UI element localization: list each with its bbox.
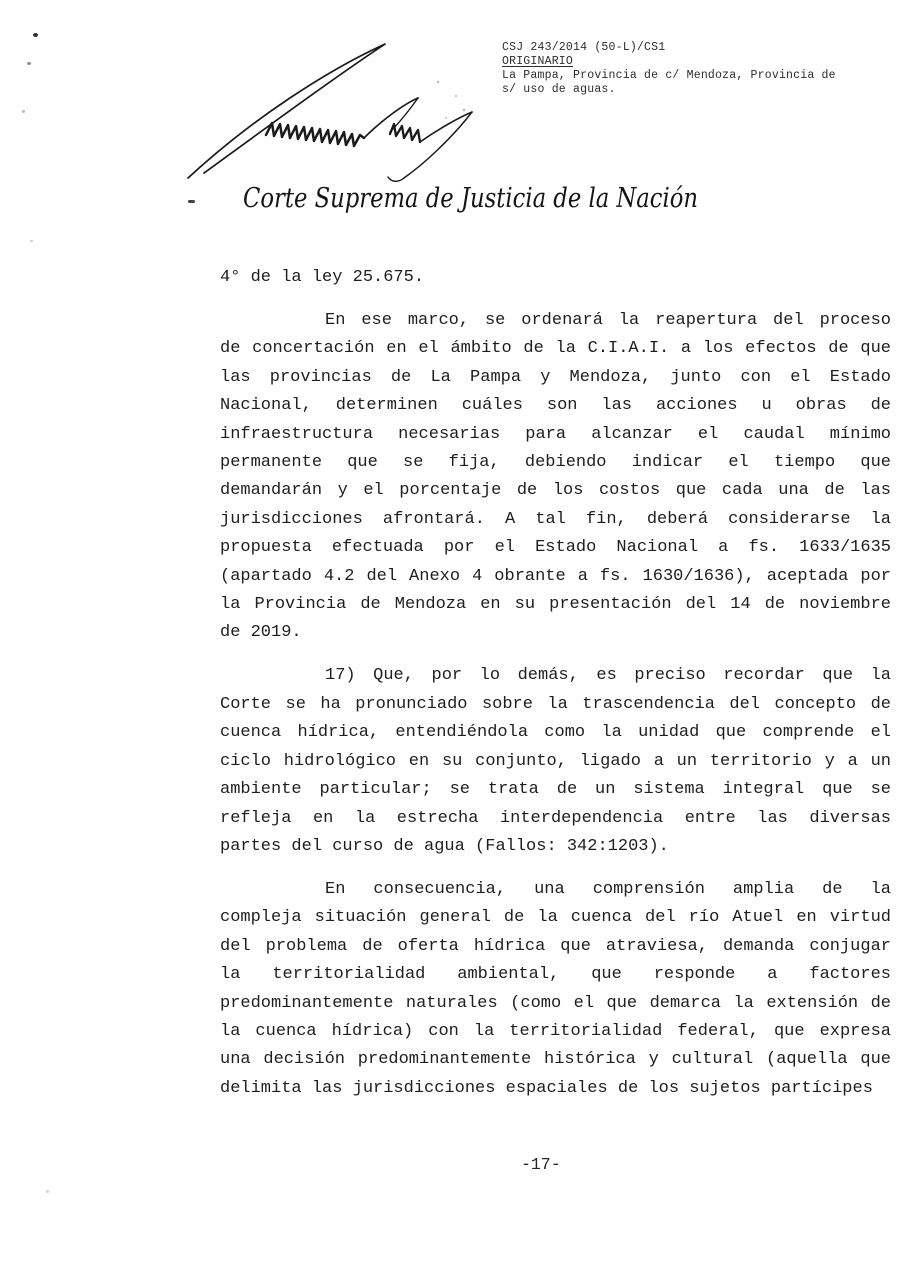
body-line: (apartado 4.2 del Anexo 4 obrante a fs. … (220, 563, 891, 591)
scan-speck (188, 200, 195, 203)
body-line: En ese marco, se ordenará la reapertura … (220, 307, 891, 335)
body-line: delimita las jurisdicciones espaciales d… (220, 1075, 891, 1103)
body-line: compleja situación general de la cuenca … (220, 904, 891, 932)
scan-speck (27, 62, 31, 65)
body-line: En consecuencia, una comprensión amplia … (220, 876, 891, 904)
body-line: la Provincia de Mendoza en su presentaci… (220, 591, 891, 619)
body-line: la cuenca hídrica) con la territorialida… (220, 1018, 891, 1046)
scan-speck (46, 1190, 49, 1193)
body-line: propuesta efectuada por el Estado Nacion… (220, 534, 891, 562)
body-line: de concertación en el ámbito de la C.I.A… (220, 335, 891, 363)
scan-speck (22, 110, 25, 113)
body-line: infraestructura necesarias para alcanzar… (220, 421, 891, 449)
body-line: ciclo hidrológico en su conjunto, ligado… (220, 748, 891, 776)
scan-speck (33, 33, 38, 37)
body-paragraph: En ese marco, se ordenará la reapertura … (220, 307, 891, 648)
body-line: 4° de la ley 25.675. (220, 264, 891, 292)
case-number: CSJ 243/2014 (50-L)/CS1 (502, 41, 836, 55)
body-paragraph: En consecuencia, una comprensión amplia … (220, 876, 891, 1103)
body-text: 4° de la ley 25.675.En ese marco, se ord… (220, 264, 891, 1118)
case-header: CSJ 243/2014 (50-L)/CS1 ORIGINARIO La Pa… (502, 41, 836, 97)
body-line: las provincias de La Pampa y Mendoza, ju… (220, 364, 891, 392)
body-line: partes del curso de agua (Fallos: 342:12… (220, 833, 891, 861)
scan-speck (30, 240, 33, 242)
document-page: CSJ 243/2014 (50-L)/CS1 ORIGINARIO La Pa… (0, 0, 904, 1279)
body-line: la territorialidad ambiental, que respon… (220, 961, 891, 989)
signature-scrawl (168, 18, 488, 194)
case-type: ORIGINARIO (502, 55, 836, 69)
body-line: cuenca hídrica, entendiéndola como la un… (220, 719, 891, 747)
body-line: Nacional, determinen cuáles son las acci… (220, 392, 891, 420)
court-letterhead: Corte Suprema de Justicia de la Nación (243, 183, 698, 214)
body-paragraph: 4° de la ley 25.675. (220, 264, 891, 292)
body-line: del problema de oferta hídrica que atrav… (220, 933, 891, 961)
body-line: ambiente particular; se trata de un sist… (220, 776, 891, 804)
body-line: Corte se ha pronunciado sobre la trascen… (220, 691, 891, 719)
body-line: demandarán y el porcentaje de los costos… (220, 477, 891, 505)
body-line: 17) Que, por lo demás, es preciso record… (220, 662, 891, 690)
case-caption-line1: La Pampa, Provincia de c/ Mendoza, Provi… (502, 69, 836, 83)
case-caption-line2: s/ uso de aguas. (502, 83, 836, 97)
body-line: predominantemente naturales (como el que… (220, 990, 891, 1018)
body-line: permanente que se fija, debiendo indicar… (220, 449, 891, 477)
page-number: -17- (521, 1155, 561, 1174)
body-line: una decisión predominantemente histórica… (220, 1046, 891, 1074)
body-line: refleja en la estrecha interdependencia … (220, 805, 891, 833)
body-line: de 2019. (220, 619, 891, 647)
body-line: jurisdicciones afrontará. A tal fin, deb… (220, 506, 891, 534)
body-paragraph: 17) Que, por lo demás, es preciso record… (220, 662, 891, 861)
